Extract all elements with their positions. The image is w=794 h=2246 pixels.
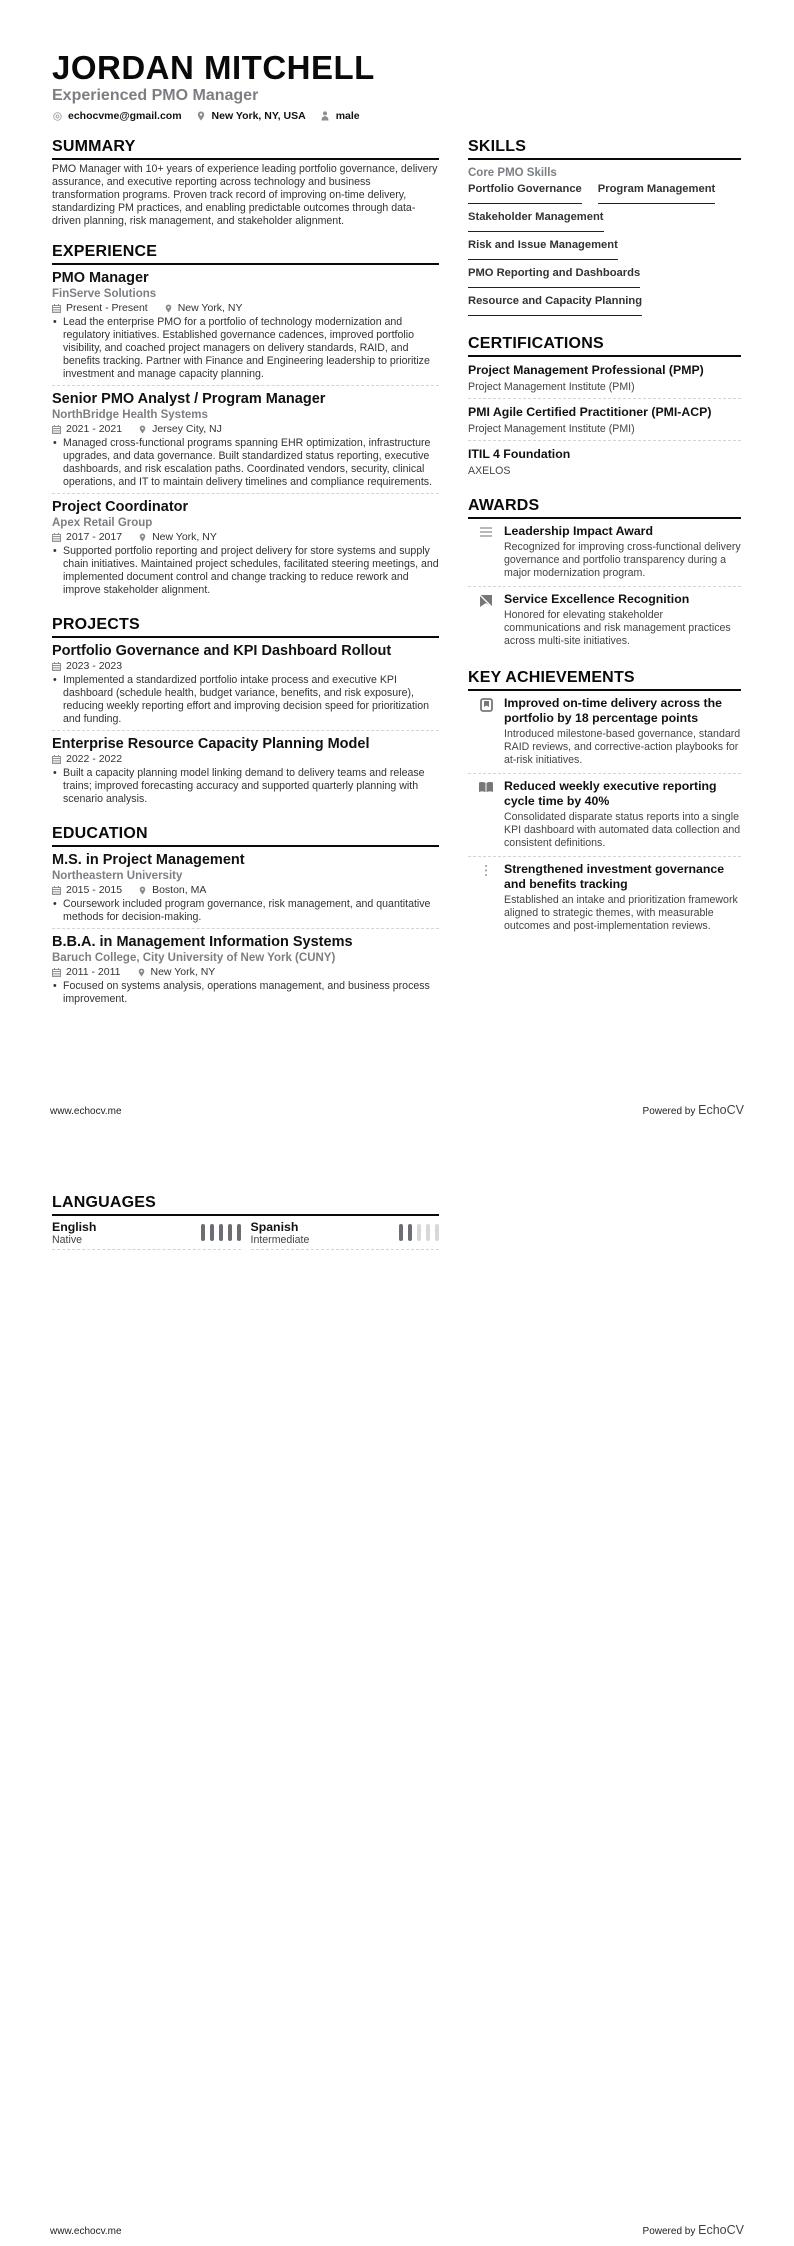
calendar-icon <box>52 304 61 313</box>
job-location: New York, NY <box>138 531 217 544</box>
language-rating <box>196 1224 241 1241</box>
language-rating <box>394 1224 439 1241</box>
rating-bar <box>417 1224 421 1241</box>
achievement-body: Strengthened investment governance and b… <box>504 862 741 933</box>
job-bullets: Lead the enterprise PMO for a portfolio … <box>52 316 439 381</box>
project-item: Enterprise Resource Capacity Planning Mo… <box>52 731 439 810</box>
job-title: PMO Manager <box>52 269 439 287</box>
page-footer: www.echocv.me Powered by EchoCV <box>50 1103 744 1117</box>
company-name: Apex Retail Group <box>52 516 439 531</box>
job-meta: 2021 - 2021 Jersey City, NJ <box>52 423 439 436</box>
achievement-name: Improved on-time delivery across the por… <box>504 696 741 726</box>
award-body: Leadership Impact Award Recognized for i… <box>504 524 741 580</box>
degree-name: B.B.A. in Management Information Systems <box>52 933 439 951</box>
location-pin-icon <box>196 111 206 121</box>
project-bullets: Built a capacity planning model linking … <box>52 767 439 806</box>
achievement-body: Improved on-time delivery across the por… <box>504 696 741 767</box>
achievement-item: Strengthened investment governance and b… <box>468 857 741 939</box>
degree-name: M.S. in Project Management <box>52 851 439 869</box>
section-title: EXPERIENCE <box>52 242 439 265</box>
section-title: AWARDS <box>468 496 741 519</box>
brand-name[interactable]: EchoCV <box>698 1103 744 1117</box>
rating-bar <box>408 1224 412 1241</box>
candidate-name: JORDAN MITCHELL <box>52 50 375 86</box>
achievement-name: Reduced weekly executive reporting cycle… <box>504 779 741 809</box>
summary-text: PMO Manager with 10+ years of experience… <box>52 163 439 228</box>
certification-issuer: Project Management Institute (PMI) <box>468 422 741 436</box>
rating-bar <box>228 1224 232 1241</box>
section-title: CERTIFICATIONS <box>468 334 741 357</box>
location-pin-icon <box>164 304 173 313</box>
rating-bar <box>237 1224 241 1241</box>
project-dates: 2023 - 2023 <box>52 660 122 673</box>
project-item: Portfolio Governance and KPI Dashboard R… <box>52 638 439 731</box>
skill-list: Portfolio Governance Program Management … <box>468 180 741 320</box>
project-bullets: Implemented a standardized portfolio int… <box>52 674 439 726</box>
award-description: Recognized for improving cross-functiona… <box>504 541 741 580</box>
achievements-section: KEY ACHIEVEMENTS Improved on-time delive… <box>468 668 741 939</box>
rating-bar <box>399 1224 403 1241</box>
job-location: New York, NY <box>164 302 243 315</box>
education-item: M.S. in Project Management Northeastern … <box>52 847 439 929</box>
powered-by: Powered by EchoCV <box>643 2223 744 2237</box>
education-bullets: Focused on systems analysis, operations … <box>52 980 439 1006</box>
awards-section: AWARDS Leadership Impact Award Recognize… <box>468 496 741 654</box>
job-meta: Present - Present New York, NY <box>52 302 439 315</box>
bullet-item: Coursework included program governance, … <box>52 898 439 924</box>
contact-email[interactable]: echocvme@gmail.com <box>52 110 182 122</box>
skill-tag: PMO Reporting and Dashboards <box>468 264 640 288</box>
right-column: SKILLS Core PMO Skills Portfolio Governa… <box>468 137 741 953</box>
contact-location: New York, NY, USA <box>196 110 306 122</box>
achievement-body: Reduced weekly executive reporting cycle… <box>504 779 741 850</box>
project-meta: 2023 - 2023 <box>52 660 439 673</box>
calendar-icon <box>52 425 61 434</box>
section-title: PROJECTS <box>52 615 439 638</box>
job-dates: Present - Present <box>52 302 148 315</box>
left-column: SUMMARY PMO Manager with 10+ years of ex… <box>52 137 439 1024</box>
experience-item: Project Coordinator Apex Retail Group 20… <box>52 494 439 601</box>
person-icon <box>320 111 330 121</box>
candidate-title: Experienced PMO Manager <box>52 86 375 106</box>
location-pin-icon <box>137 968 146 977</box>
bullet-item: Managed cross-functional programs spanni… <box>52 437 439 489</box>
calendar-icon <box>52 968 61 977</box>
bullet-item: Lead the enterprise PMO for a portfolio … <box>52 316 439 381</box>
education-meta: 2011 - 2011 New York, NY <box>52 966 439 979</box>
bullet-item: Built a capacity planning model linking … <box>52 767 439 806</box>
education-section: EDUCATION M.S. in Project Management Nor… <box>52 824 439 1010</box>
rating-bar <box>219 1224 223 1241</box>
award-name: Service Excellence Recognition <box>504 592 741 607</box>
section-title: SUMMARY <box>52 137 439 160</box>
company-name: FinServe Solutions <box>52 287 439 302</box>
powered-by: Powered by EchoCV <box>643 1103 744 1117</box>
location-pin-icon <box>138 425 147 434</box>
achievement-name: Strengthened investment governance and b… <box>504 862 741 892</box>
certification-item: ITIL 4 Foundation AXELOS <box>468 441 741 482</box>
calendar-icon <box>52 886 61 895</box>
job-meta: 2017 - 2017 New York, NY <box>52 531 439 544</box>
education-dates: 2011 - 2011 <box>52 966 121 979</box>
job-bullets: Managed cross-functional programs spanni… <box>52 437 439 489</box>
page-footer: www.echocv.me Powered by EchoCV <box>50 2223 744 2237</box>
contact-gender: male <box>320 110 360 122</box>
brand-name[interactable]: EchoCV <box>698 2223 744 2237</box>
section-title: EDUCATION <box>52 824 439 847</box>
section-title: SKILLS <box>468 137 741 160</box>
calendar-icon <box>52 533 61 542</box>
language-level: Intermediate <box>251 1234 310 1246</box>
job-dates: 2021 - 2021 <box>52 423 122 436</box>
rating-bar <box>210 1224 214 1241</box>
location-pin-icon <box>138 533 147 542</box>
company-name: NorthBridge Health Systems <box>52 408 439 423</box>
summary-section: SUMMARY PMO Manager with 10+ years of ex… <box>52 137 439 228</box>
job-location: Jersey City, NJ <box>138 423 222 436</box>
menu-lines-icon <box>468 524 504 580</box>
education-location: Boston, MA <box>138 884 206 897</box>
bullet-item: Focused on systems analysis, operations … <box>52 980 439 1006</box>
bullet-item: Implemented a standardized portfolio int… <box>52 674 439 726</box>
education-bullets: Coursework included program governance, … <box>52 898 439 924</box>
language-name: Spanish <box>251 1220 310 1234</box>
bookmark-box-icon <box>468 696 504 767</box>
experience-item: Senior PMO Analyst / Program Manager Nor… <box>52 386 439 494</box>
achievement-item: Improved on-time delivery across the por… <box>468 691 741 774</box>
projects-section: PROJECTS Portfolio Governance and KPI Da… <box>52 615 439 810</box>
calendar-icon <box>52 755 61 764</box>
section-title: LANGUAGES <box>52 1193 439 1216</box>
certification-issuer: Project Management Institute (PMI) <box>468 380 741 394</box>
calendar-icon <box>52 662 61 671</box>
rating-bar <box>201 1224 205 1241</box>
language-text: English Native <box>52 1220 96 1246</box>
skill-tag: Program Management <box>598 180 716 204</box>
resume-header: JORDAN MITCHELL Experienced PMO Manager … <box>52 50 375 122</box>
job-dates: 2017 - 2017 <box>52 531 122 544</box>
job-bullets: Supported portfolio reporting and projec… <box>52 545 439 597</box>
skill-tag: Stakeholder Management <box>468 208 604 232</box>
language-item: Spanish Intermediate <box>251 1220 440 1250</box>
language-name: English <box>52 1220 96 1234</box>
project-name: Enterprise Resource Capacity Planning Mo… <box>52 735 439 753</box>
language-level: Native <box>52 1234 96 1246</box>
language-item: English Native <box>52 1220 241 1250</box>
languages-section: LANGUAGES English Native Spanish Interme… <box>52 1193 439 1250</box>
rating-bar <box>426 1224 430 1241</box>
school-name: Northeastern University <box>52 869 439 884</box>
certification-name: Project Management Professional (PMP) <box>468 363 741 378</box>
section-title: KEY ACHIEVEMENTS <box>468 668 741 691</box>
achievement-description: Introduced milestone-based governance, s… <box>504 728 741 767</box>
certification-issuer: AXELOS <box>468 464 741 478</box>
language-text: Spanish Intermediate <box>251 1220 310 1246</box>
award-body: Service Excellence Recognition Honored f… <box>504 592 741 648</box>
award-item: Service Excellence Recognition Honored f… <box>468 587 741 654</box>
location-pin-icon <box>138 886 147 895</box>
achievement-description: Established an intake and prioritization… <box>504 894 741 933</box>
experience-item: PMO Manager FinServe Solutions Present -… <box>52 265 439 386</box>
certifications-section: CERTIFICATIONS Project Management Profes… <box>468 334 741 482</box>
skill-category: Core PMO Skills <box>468 166 741 180</box>
skills-section: SKILLS Core PMO Skills Portfolio Governa… <box>468 137 741 320</box>
rating-bar <box>435 1224 439 1241</box>
skill-tag: Risk and Issue Management <box>468 236 618 260</box>
at-icon <box>52 111 62 121</box>
certification-item: PMI Agile Certified Practitioner (PMI-AC… <box>468 399 741 441</box>
skill-tag: Resource and Capacity Planning <box>468 292 642 316</box>
education-dates: 2015 - 2015 <box>52 884 122 897</box>
bullet-item: Supported portfolio reporting and projec… <box>52 545 439 597</box>
award-description: Honored for elevating stakeholder commun… <box>504 609 741 648</box>
project-dates: 2022 - 2022 <box>52 753 122 766</box>
education-location: New York, NY <box>137 966 216 979</box>
website-link[interactable]: www.echocv.me <box>50 2226 122 2237</box>
project-meta: 2022 - 2022 <box>52 753 439 766</box>
award-item: Leadership Impact Award Recognized for i… <box>468 519 741 587</box>
open-book-icon <box>468 779 504 850</box>
certification-name: PMI Agile Certified Practitioner (PMI-AC… <box>468 405 741 420</box>
experience-section: EXPERIENCE PMO Manager FinServe Solution… <box>52 242 439 601</box>
skill-tag: Portfolio Governance <box>468 180 582 204</box>
contact-info: echocvme@gmail.com New York, NY, USA mal… <box>52 110 375 122</box>
bookmark-slash-icon <box>468 592 504 648</box>
school-name: Baruch College, City University of New Y… <box>52 951 439 966</box>
vertical-dots-icon <box>468 862 504 933</box>
certification-name: ITIL 4 Foundation <box>468 447 741 462</box>
job-title: Project Coordinator <box>52 498 439 516</box>
education-meta: 2015 - 2015 Boston, MA <box>52 884 439 897</box>
job-title: Senior PMO Analyst / Program Manager <box>52 390 439 408</box>
project-name: Portfolio Governance and KPI Dashboard R… <box>52 642 439 660</box>
website-link[interactable]: www.echocv.me <box>50 1106 122 1117</box>
achievement-item: Reduced weekly executive reporting cycle… <box>468 774 741 857</box>
achievement-description: Consolidated disparate status reports in… <box>504 811 741 850</box>
language-list: English Native Spanish Intermediate <box>52 1220 439 1250</box>
certification-item: Project Management Professional (PMP) Pr… <box>468 357 741 399</box>
award-name: Leadership Impact Award <box>504 524 741 539</box>
education-item: B.B.A. in Management Information Systems… <box>52 929 439 1010</box>
